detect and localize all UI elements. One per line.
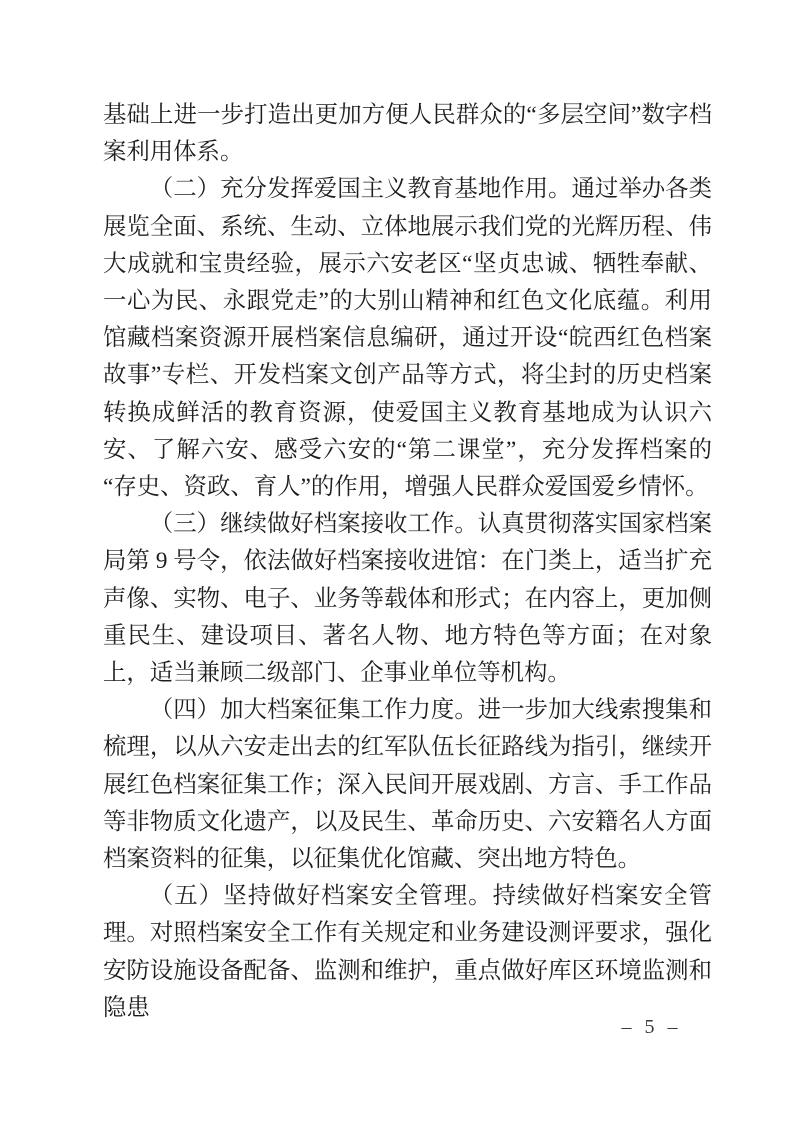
paragraph-section-4: （四）加大档案征集工作力度。进一步加大线索搜集和梳理，以从六安走出去的红军队伍长… [103, 692, 712, 878]
document-page: 基础上进一步打造出更加方便人民群众的“多层空间”数字档案利用体系。 （二）充分发… [0, 0, 793, 1122]
paragraph-section-2: （二）充分发挥爱国主义教育基地作用。通过举办各类展览全面、系统、生动、立体地展示… [103, 171, 712, 506]
paragraph-section-3: （三）继续做好档案接收工作。认真贯彻落实国家档案局第 9 号令，依法做好档案接收… [103, 506, 712, 692]
paragraph-continuation: 基础上进一步打造出更加方便人民群众的“多层空间”数字档案利用体系。 [103, 97, 712, 171]
page-number: – 5 – [560, 1016, 740, 1039]
paragraph-section-5: （五）坚持做好档案安全管理。持续做好档案安全管理。对照档案安全工作有关规定和业务… [103, 878, 712, 1027]
document-text-block: 基础上进一步打造出更加方便人民群众的“多层空间”数字档案利用体系。 （二）充分发… [103, 97, 712, 1027]
